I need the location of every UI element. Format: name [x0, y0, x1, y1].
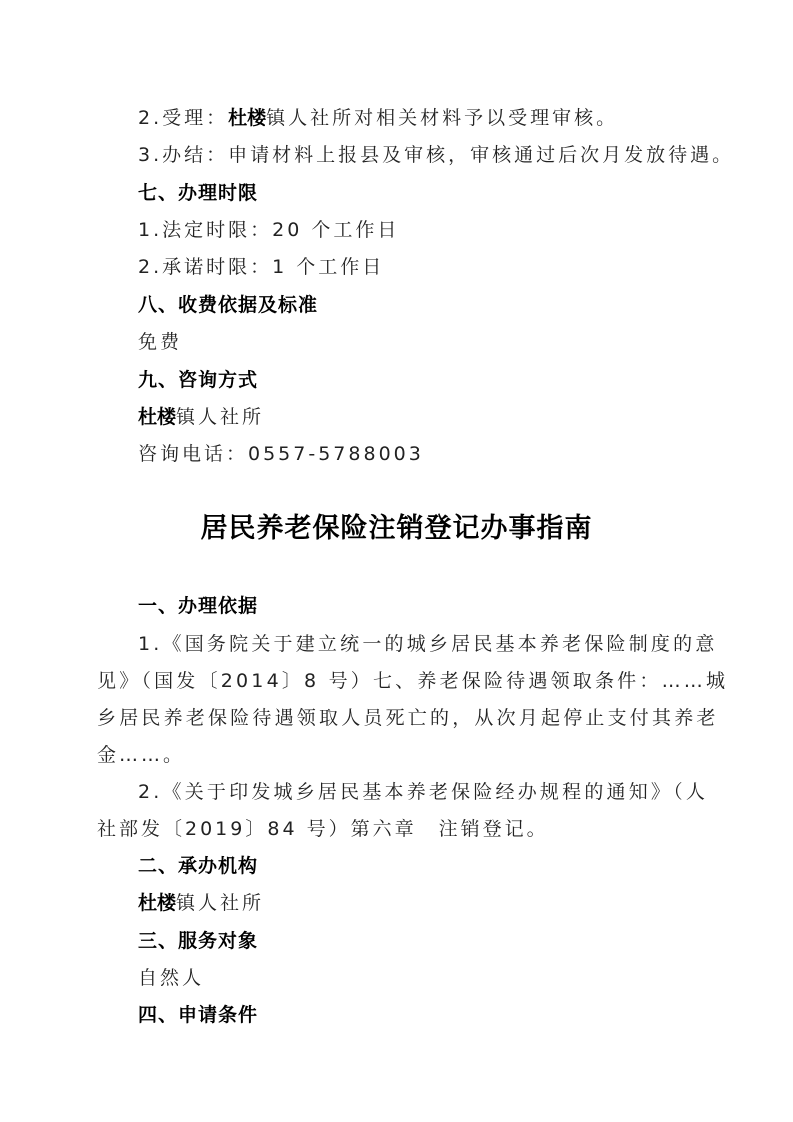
step-complete: 3.办结：申请材料上报县及审核，审核通过后次月发放待遇。	[138, 142, 734, 168]
heading-fee: 八、收费依据及标准	[138, 292, 318, 318]
basis2-line-1: 2.《关于印发城乡居民基本养老保险经办规程的通知》（人	[138, 779, 691, 805]
time-limit-legal: 1.法定时限：20 个工作日	[138, 217, 399, 243]
guide-title: 居民养老保险注销登记办事指南	[0, 506, 793, 545]
org-name-bold: 杜楼	[138, 406, 176, 428]
heading-consult: 九、咨询方式	[138, 367, 258, 393]
basis1-line-1: 1.《国务院关于建立统一的城乡居民基本养老保险制度的意	[138, 631, 691, 657]
document-page: 2.受理：杜楼镇人社所对相关材料予以受理审核。 3.办结：申请材料上报县及审核，…	[0, 0, 793, 1122]
consult-phone: 咨询电话：0557-5788003	[138, 441, 424, 467]
heading-basis: 一、办理依据	[138, 593, 258, 619]
step-accept: 2.受理：杜楼镇人社所对相关材料予以受理审核。	[138, 105, 618, 131]
step-accept-prefix: 2.受理：	[138, 107, 228, 129]
fee-text: 免费	[138, 329, 182, 355]
time-limit-promised: 2.承诺时限：1 个工作日	[138, 254, 384, 280]
service-target: 自然人	[138, 965, 204, 991]
org-name-bold: 杜楼	[228, 107, 266, 129]
heading-time-limit: 七、办理时限	[138, 180, 258, 206]
org-name-rest: 镇人社所	[176, 406, 264, 428]
basis1-line-4: 金……。	[97, 742, 185, 768]
org-name-rest: 镇人社所	[176, 892, 264, 914]
basis1-line-2: 见》（国发〔2014〕8 号）七、养老保险待遇领取条件：……城	[97, 668, 691, 694]
step-accept-rest: 镇人社所对相关材料予以受理审核。	[266, 107, 618, 129]
org-name-bold: 杜楼	[138, 892, 176, 914]
basis2-line-2: 社部发〔2019〕84 号）第六章 注销登记。	[97, 816, 549, 842]
heading-conditions: 四、申请条件	[138, 1002, 258, 1028]
consult-org: 杜楼镇人社所	[138, 404, 264, 430]
heading-organization: 二、承办机构	[138, 853, 258, 879]
organization: 杜楼镇人社所	[138, 890, 264, 916]
heading-service-target: 三、服务对象	[138, 928, 258, 954]
basis1-line-3: 乡居民养老保险待遇领取人员死亡的，从次月起停止支付其养老	[97, 705, 691, 731]
